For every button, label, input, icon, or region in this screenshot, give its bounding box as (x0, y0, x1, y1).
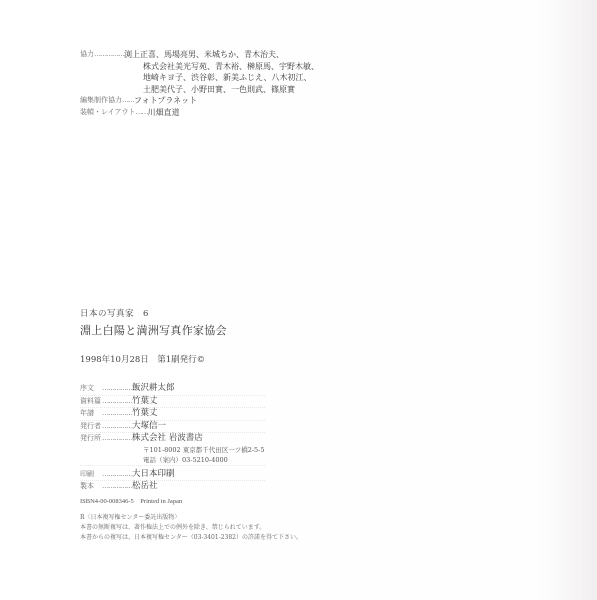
leader-dots: …………… (94, 49, 124, 61)
leader-dots: …… (122, 95, 134, 107)
staff-label: 印刷 (80, 469, 102, 481)
credit-value: フォトプラネット (134, 95, 197, 107)
staff-label: 序文 (80, 383, 102, 395)
credit-row-cooperation: 協力 …………… 渕上正喜、馬場亮男、米城ちか、青木治夫、 (80, 49, 319, 61)
staff-label: 資料篇 (80, 396, 102, 408)
credit-row-editorial: 編集制作協力 …… フォトプラネット (80, 95, 319, 107)
leader-dots: …………… (102, 469, 132, 481)
staff-row: 年譜 …………… 竹葉丈 (80, 408, 265, 421)
leader-dots: …………… (102, 396, 132, 408)
staff-row: 発行所 …………… 株式会社 岩波書店 (80, 433, 265, 445)
copyright-note: 本書の無断複写は、著作権法上での例外を除き、禁じられています。 (80, 523, 302, 533)
leader-dots: …………… (102, 383, 132, 395)
credit-continuation: 株式会社美光写苑、青木裕、榊原馬、宇野木敏、 (80, 61, 319, 73)
copyright-note: R〈日本複写権センター委託出版物〉 (80, 513, 302, 523)
leader-dots: …………… (102, 408, 132, 420)
staff-value: 竹葉丈 (132, 408, 158, 420)
staff-row: 序文 …………… 飯沢耕太郎 (80, 383, 265, 396)
staff-value: 松岳社 (132, 481, 158, 493)
title-block: 日本の写真家 6 淵上白陽と満洲写真作家協会 1998年10月28日 第1刷発行… (80, 307, 227, 365)
credit-label: 編集制作協力 (80, 95, 122, 107)
staff-row: 資料篇 …………… 竹葉丈 (80, 396, 265, 409)
staff-section: 序文 …………… 飯沢耕太郎 資料篇 …………… 竹葉丈 年譜 …………… 竹葉… (80, 383, 265, 493)
staff-label: 発行所 (80, 433, 102, 445)
credit-continuation: 地崎キヨ子、渋谷彰、新美ふじえ、八木初江、 (80, 72, 319, 84)
copyright-note: 本書からの複写は、日本複写権センター（03-3401-2382）の許諾を得て下さ… (80, 533, 302, 543)
credit-value: 渕上正喜、馬場亮男、米城ちか、青木治夫、 (124, 49, 284, 61)
staff-value: 大塚信一 (132, 421, 166, 433)
publisher-phone: 電話（案内）03-5210-4000 (80, 455, 265, 466)
staff-value: 大日本印刷 (132, 469, 175, 481)
leader-dots: …………… (102, 433, 132, 445)
leader-dots: …………… (102, 481, 132, 493)
isbn-line: ISBN4-00-008346-5 Printed in Japan (80, 496, 182, 505)
credit-label: 装幀・レイアウト (80, 107, 135, 119)
staff-row: 印刷 …………… 大日本印刷 (80, 469, 265, 482)
staff-value: 竹葉丈 (132, 396, 158, 408)
credit-row-design: 装幀・レイアウト …… 川畑直道 (80, 107, 319, 119)
leader-dots: …………… (102, 421, 132, 433)
leader-dots: …… (135, 107, 147, 119)
staff-label: 年譜 (80, 408, 102, 420)
credits-section: 協力 …………… 渕上正喜、馬場亮男、米城ちか、青木治夫、 株式会社美光写苑、青… (80, 49, 319, 118)
staff-value: 株式会社 岩波書店 (132, 433, 203, 445)
staff-row: 発行者 …………… 大塚信一 (80, 421, 265, 434)
credit-label: 協力 (80, 49, 94, 61)
staff-row: 製本 …………… 松岳社 (80, 481, 265, 493)
credit-value: 川畑直道 (147, 107, 179, 119)
copyright-notes: R〈日本複写権センター委託出版物〉 本書の無断複写は、著作権法上での例外を除き、… (80, 513, 302, 543)
publication-date: 1998年10月28日 第1刷発行© (80, 353, 227, 365)
staff-value: 飯沢耕太郎 (132, 383, 175, 395)
series-name: 日本の写真家 6 (80, 307, 227, 319)
credit-continuation: 土肥美代子、小野田實、一色則武、篠原實 (80, 84, 319, 96)
staff-label: 製本 (80, 481, 102, 493)
book-title: 淵上白陽と満洲写真作家協会 (80, 322, 227, 338)
staff-label: 発行者 (80, 421, 102, 433)
publisher-address: 〒101-8002 東京都千代田区一ツ橋2-5-5 (80, 445, 265, 455)
